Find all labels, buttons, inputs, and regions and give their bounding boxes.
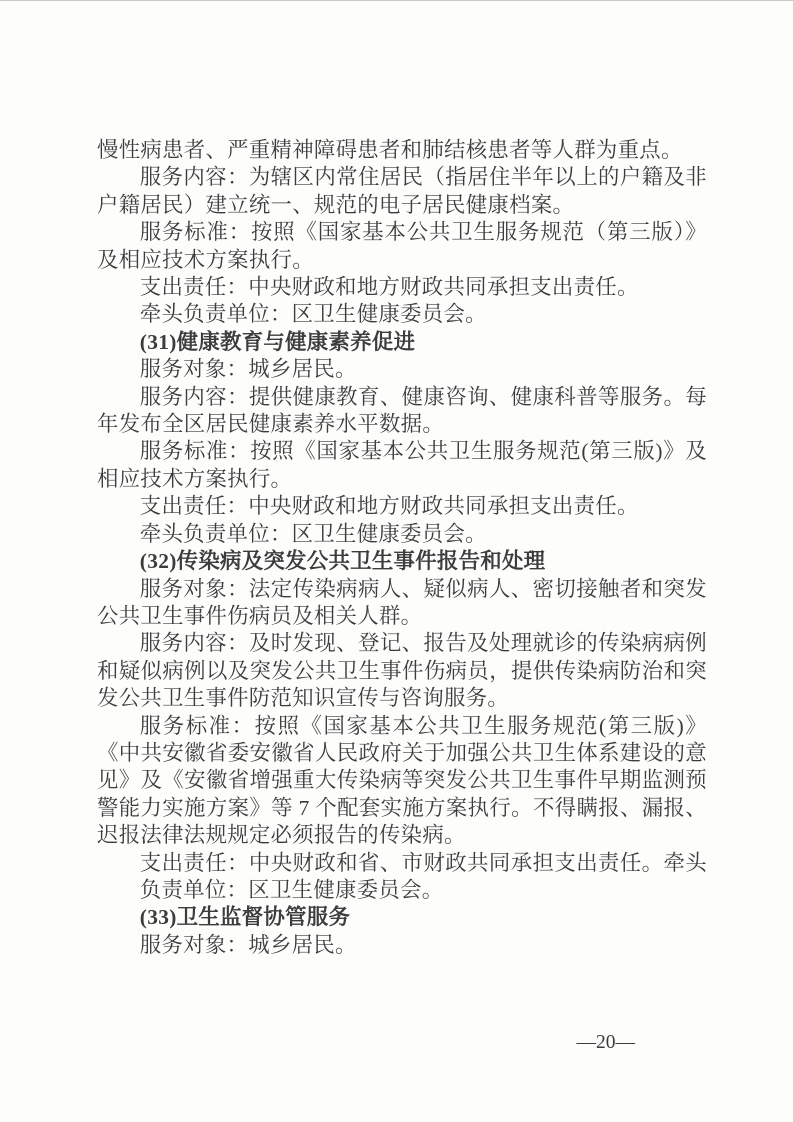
paragraph-service-content-30: 服务内容：为辖区内常住居民（指居住半年以上的户籍及非户籍居民）建立统一、规范的电… — [97, 164, 707, 219]
document-body: 慢性病患者、严重精神障碍患者和肺结核患者等人群为重点。 服务内容：为辖区内常住居… — [97, 137, 707, 959]
section-heading-31: (31)健康教育与健康素养促进 — [97, 329, 707, 356]
paragraph-service-target-31: 服务对象：城乡居民。 — [97, 356, 707, 383]
paragraph-service-target-33: 服务对象：城乡居民。 — [97, 932, 707, 959]
paragraph-service-content-32: 服务内容：及时发现、登记、报告及处理就诊的传染病病例和疑似病例以及突发公共卫生事… — [97, 630, 707, 712]
section-heading-33: (33)卫生监督协管服务 — [97, 904, 707, 931]
document-page: 慢性病患者、严重精神障碍患者和肺结核患者等人群为重点。 服务内容：为辖区内常住居… — [0, 0, 793, 1122]
page-number: —20— — [0, 1032, 793, 1054]
paragraph-service-standard-31: 服务标准：按照《国家基本公共卫生服务规范(第三版)》及相应技术方案执行。 — [97, 438, 707, 493]
section-heading-32: (32)传染病及突发公共卫生事件报告和处理 — [97, 548, 707, 575]
paragraph-continuation: 慢性病患者、严重精神障碍患者和肺结核患者等人群为重点。 — [97, 137, 707, 164]
paragraph-service-standard-32: 服务标准：按照《国家基本公共卫生服务规范(第三版)》《中共安徽省委安徽省人民政府… — [97, 713, 707, 850]
paragraph-expense-responsibility-31: 支出责任：中央财政和地方财政共同承担支出责任。 — [97, 493, 707, 520]
paragraph-expense-responsibility-32: 支出责任：中央财政和省、市财政共同承担支出责任。牵头负责单位：区卫生健康委员会。 — [140, 850, 707, 905]
paragraph-service-standard-30: 服务标准：按照《国家基本公共卫生服务规范（第三版）》及相应技术方案执行。 — [97, 219, 707, 274]
paragraph-expense-responsibility-30: 支出责任：中央财政和地方财政共同承担支出责任。 — [97, 274, 707, 301]
paragraph-lead-unit-31: 牵头负责单位：区卫生健康委员会。 — [97, 521, 707, 548]
paragraph-service-target-32: 服务对象：法定传染病病人、疑似病人、密切接触者和突发公共卫生事件伤病员及相关人群… — [97, 576, 707, 631]
paragraph-lead-unit-30: 牵头负责单位：区卫生健康委员会。 — [97, 301, 707, 328]
paragraph-service-content-31: 服务内容：提供健康教育、健康咨询、健康科普等服务。每年发布全区居民健康素养水平数… — [97, 384, 707, 439]
